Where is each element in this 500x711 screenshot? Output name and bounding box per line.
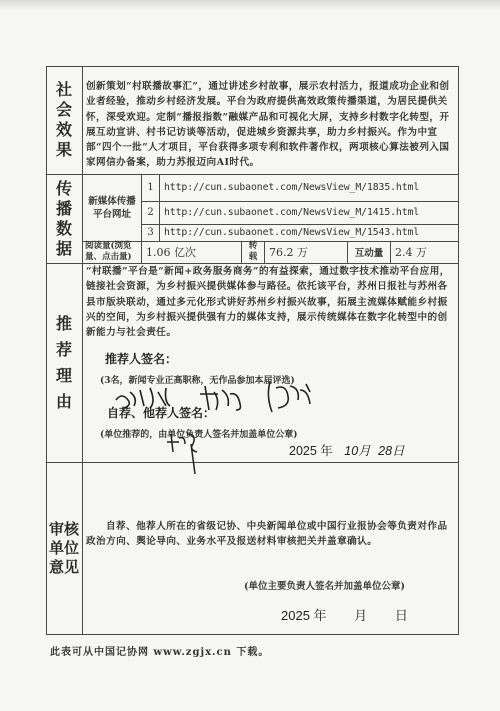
reads-label: 阅读量(浏览 量、点击量) — [85, 241, 141, 263]
label-char: 效 — [56, 120, 72, 140]
review-date: 2025 年 月 日 — [281, 605, 408, 624]
label-char: 推 — [56, 311, 72, 337]
label-line: 新媒体传播 — [88, 195, 136, 208]
url-index-1: 1 — [142, 174, 159, 201]
label-char: 据 — [56, 239, 72, 259]
label-line: 平台网址 — [93, 208, 131, 221]
label-line: 量、点击量) — [85, 252, 132, 263]
label-char: 果 — [56, 140, 72, 160]
scan-shadow — [0, 0, 500, 10]
label-char: 播 — [56, 199, 72, 219]
label-social-effect: 社 会 效 果 — [46, 66, 82, 174]
cell-divider — [141, 241, 142, 263]
label-line: 阅读量(浏览 — [85, 241, 132, 252]
social-effect-text: 创新策划“村联播故事汇”，通过讲述乡村故事，展示农村活力，报道成功企业和创业者经… — [86, 79, 456, 171]
label-char: 单位 — [49, 539, 79, 558]
interactions-value: 2.4 万 — [395, 241, 458, 263]
label-char: 社 — [56, 80, 72, 100]
date-year: 2025 年 — [289, 444, 333, 458]
url-index-2: 2 — [142, 201, 159, 224]
label-char: 会 — [56, 100, 72, 120]
url-link-1[interactable]: http://cun.subaonet.com/NewsView_M/1835.… — [164, 174, 458, 201]
date-day: 日 — [395, 608, 408, 623]
recommender-sign-label: 推荐人签名： — [105, 350, 177, 367]
date-month: 月 — [354, 608, 367, 623]
label-char: 意见 — [49, 558, 79, 577]
label-char: 理 — [56, 363, 72, 389]
date-day: 28日 — [378, 444, 404, 458]
cell-divider — [264, 241, 265, 263]
label-char: 数 — [56, 219, 72, 239]
self-sign-label: 自荐、他荐人签名： — [107, 404, 215, 421]
url-link-2[interactable]: http://cun.subaonet.com/NewsView_M/1415.… — [164, 201, 458, 224]
label-line: 转 — [249, 241, 258, 252]
row-divider — [46, 462, 459, 463]
label-recommendation: 推 荐 理 由 — [46, 263, 82, 462]
reposts-label: 转 载 — [242, 241, 264, 263]
url-link-3[interactable]: http://cun.subaonet.com/NewsView_M/1543.… — [164, 224, 458, 241]
url-index-3: 3 — [142, 224, 159, 241]
date-year: 2025 年 — [281, 608, 327, 623]
review-sign-note: (单位主要负责人签名并加盖单位公章) — [244, 578, 405, 592]
platform-url-label: 新媒体传播 平台网址 — [83, 174, 141, 241]
document-page: 社 会 效 果 创新策划“村联播故事汇”，通过讲述乡村故事，展示农村活力，报道成… — [0, 0, 500, 711]
review-text: 自荐、他荐人所在的省级记协、中央新闻单位或中国行业报协会等负责对作品政治方向、舆… — [86, 519, 456, 550]
date-month: 10月 — [344, 444, 370, 458]
cell-divider — [159, 174, 160, 241]
label-line: 载 — [249, 252, 258, 263]
self-signature — [165, 428, 215, 478]
label-char: 审核 — [49, 520, 79, 539]
label-char: 传 — [56, 179, 72, 199]
recommendation-text: “村联播”平台是“新闻+政务服务商务”的有益探索，通过数字技术推动平台应用，链接… — [86, 264, 456, 340]
cell-divider — [390, 241, 391, 263]
label-review: 审核 单位 意见 — [46, 462, 82, 635]
reads-value: 1.06 亿次 — [146, 241, 241, 263]
interactions-label: 互动量 — [348, 241, 390, 263]
reposts-value: 76.2 万 — [269, 241, 347, 263]
footer-note: 此表可从中国记协网 www.zgjx.cn 下载。 — [50, 643, 269, 658]
label-char: 荐 — [56, 337, 72, 363]
label-char: 由 — [56, 389, 72, 415]
recommendation-date: 2025 年 10月 28日 — [289, 441, 405, 459]
label-column-divider — [82, 66, 83, 635]
label-dissemination: 传 播 数 据 — [46, 174, 82, 263]
